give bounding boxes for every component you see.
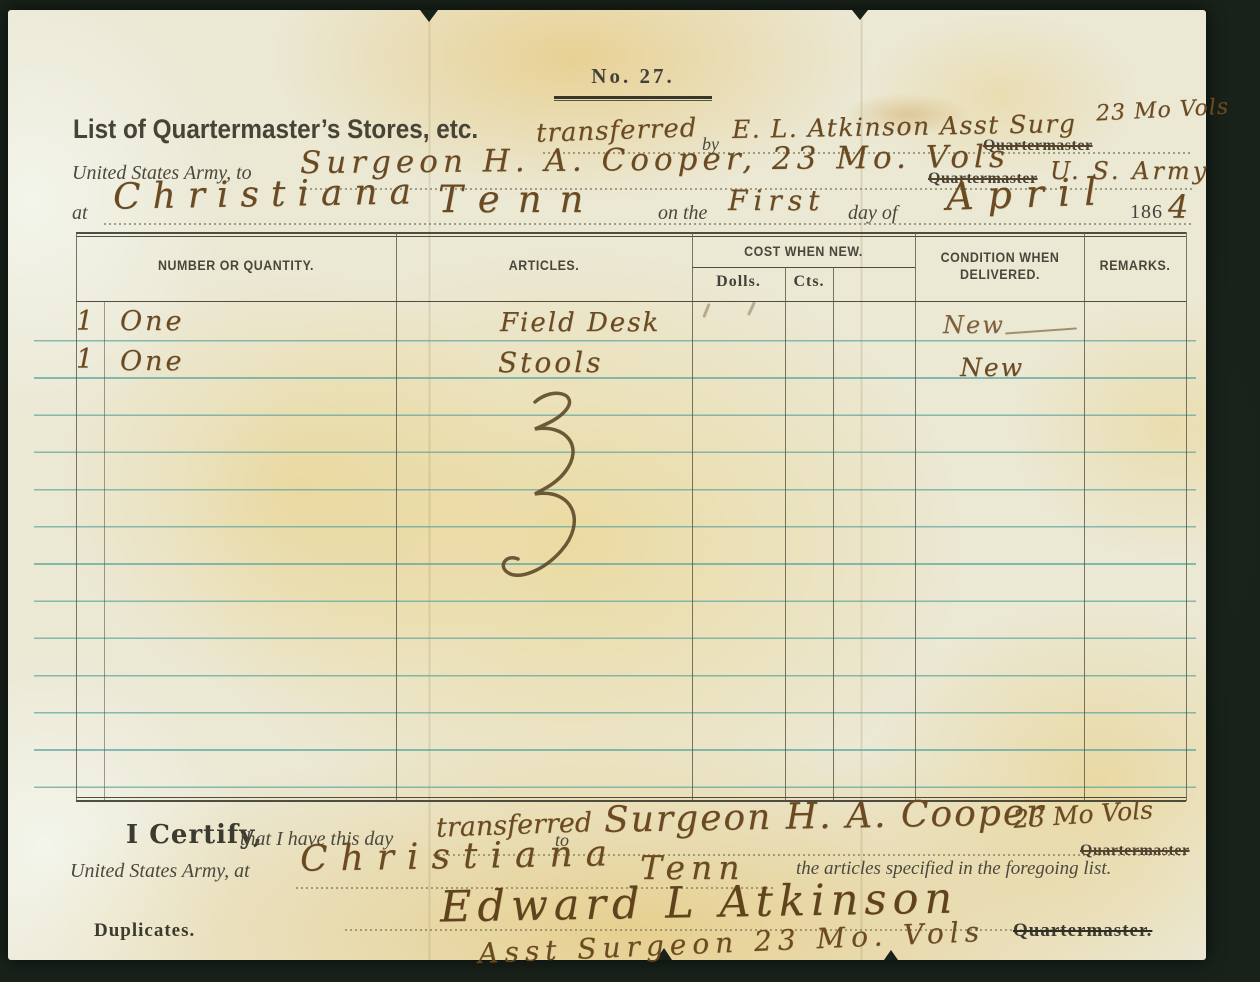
table-line	[76, 232, 1186, 234]
column-header-remarks: REMARKS.	[1088, 258, 1182, 275]
table-line	[692, 267, 915, 268]
column-header-cost: COST WHEN NEW.	[701, 244, 906, 261]
row-number: 1	[76, 344, 93, 375]
column-header-cts: Cts.	[785, 273, 833, 291]
ink-smudge	[702, 303, 710, 318]
paper-edge-notch	[852, 10, 868, 20]
row-article: Field Desk	[500, 308, 660, 338]
duplicates-label: Duplicates.	[94, 920, 195, 942]
table-line	[833, 267, 834, 801]
table-line	[785, 267, 786, 801]
fill-in-line	[104, 223, 1193, 225]
ink-brace-flourish	[463, 388, 603, 593]
form-number: No. 27.	[548, 64, 718, 89]
ink-flourish-tail	[1005, 327, 1077, 334]
row-quantity: One	[120, 346, 185, 377]
handwritten-place: Christiana	[300, 833, 621, 880]
printed-at: at	[72, 202, 88, 225]
ink-smudge	[747, 301, 756, 316]
handwritten-day: First	[728, 184, 825, 217]
paper-edge-notch	[420, 10, 438, 22]
handwritten-month: April	[945, 169, 1111, 219]
form-title: List of Quartermaster’s Stores, etc.	[73, 114, 478, 145]
handwritten-unit: 23 Mo Vols	[1095, 95, 1229, 127]
table-line	[915, 232, 916, 801]
printed-quartermaster-struck: Quartermaster.	[1013, 920, 1152, 942]
row-article: Stools	[498, 346, 603, 379]
row-number: 1	[76, 306, 93, 337]
table-line	[76, 236, 1186, 237]
table-line	[104, 301, 105, 801]
handwritten-place: Christiana	[113, 171, 424, 217]
table-line	[692, 232, 693, 801]
column-header-dolls: Dolls.	[692, 273, 785, 291]
printed-year-prefix: 186	[1130, 201, 1163, 224]
printed-united-states-army-at: United States Army, at	[70, 860, 250, 883]
handwritten-recipient: Surgeon H. A. Cooper	[604, 792, 1046, 841]
row-quantity: One	[120, 306, 185, 337]
table-line	[1084, 232, 1085, 801]
ledger-ruled-lines	[34, 340, 1196, 789]
row-condition: New	[960, 353, 1024, 382]
document-paper: No. 27. List of Quartermaster’s Stores, …	[8, 10, 1206, 960]
table-line	[1186, 232, 1187, 801]
handwritten-state: Tenn	[438, 178, 601, 221]
printed-on-the: on the	[658, 202, 707, 225]
row-condition: New	[943, 311, 1005, 339]
table-line	[76, 301, 1186, 302]
printed-day-of: day of	[848, 202, 897, 225]
column-header-quantity: NUMBER OR QUANTITY.	[89, 258, 383, 275]
scanner-background: { "colors": { "background": "#18211a", "…	[0, 0, 1260, 982]
form-number-rule	[554, 96, 712, 101]
table-line	[396, 232, 397, 801]
column-header-condition: CONDITION WHEN DELIVERED.	[931, 250, 1069, 284]
column-header-articles: ARTICLES.	[408, 258, 680, 275]
handwritten-year-digit: 4	[1168, 188, 1188, 226]
